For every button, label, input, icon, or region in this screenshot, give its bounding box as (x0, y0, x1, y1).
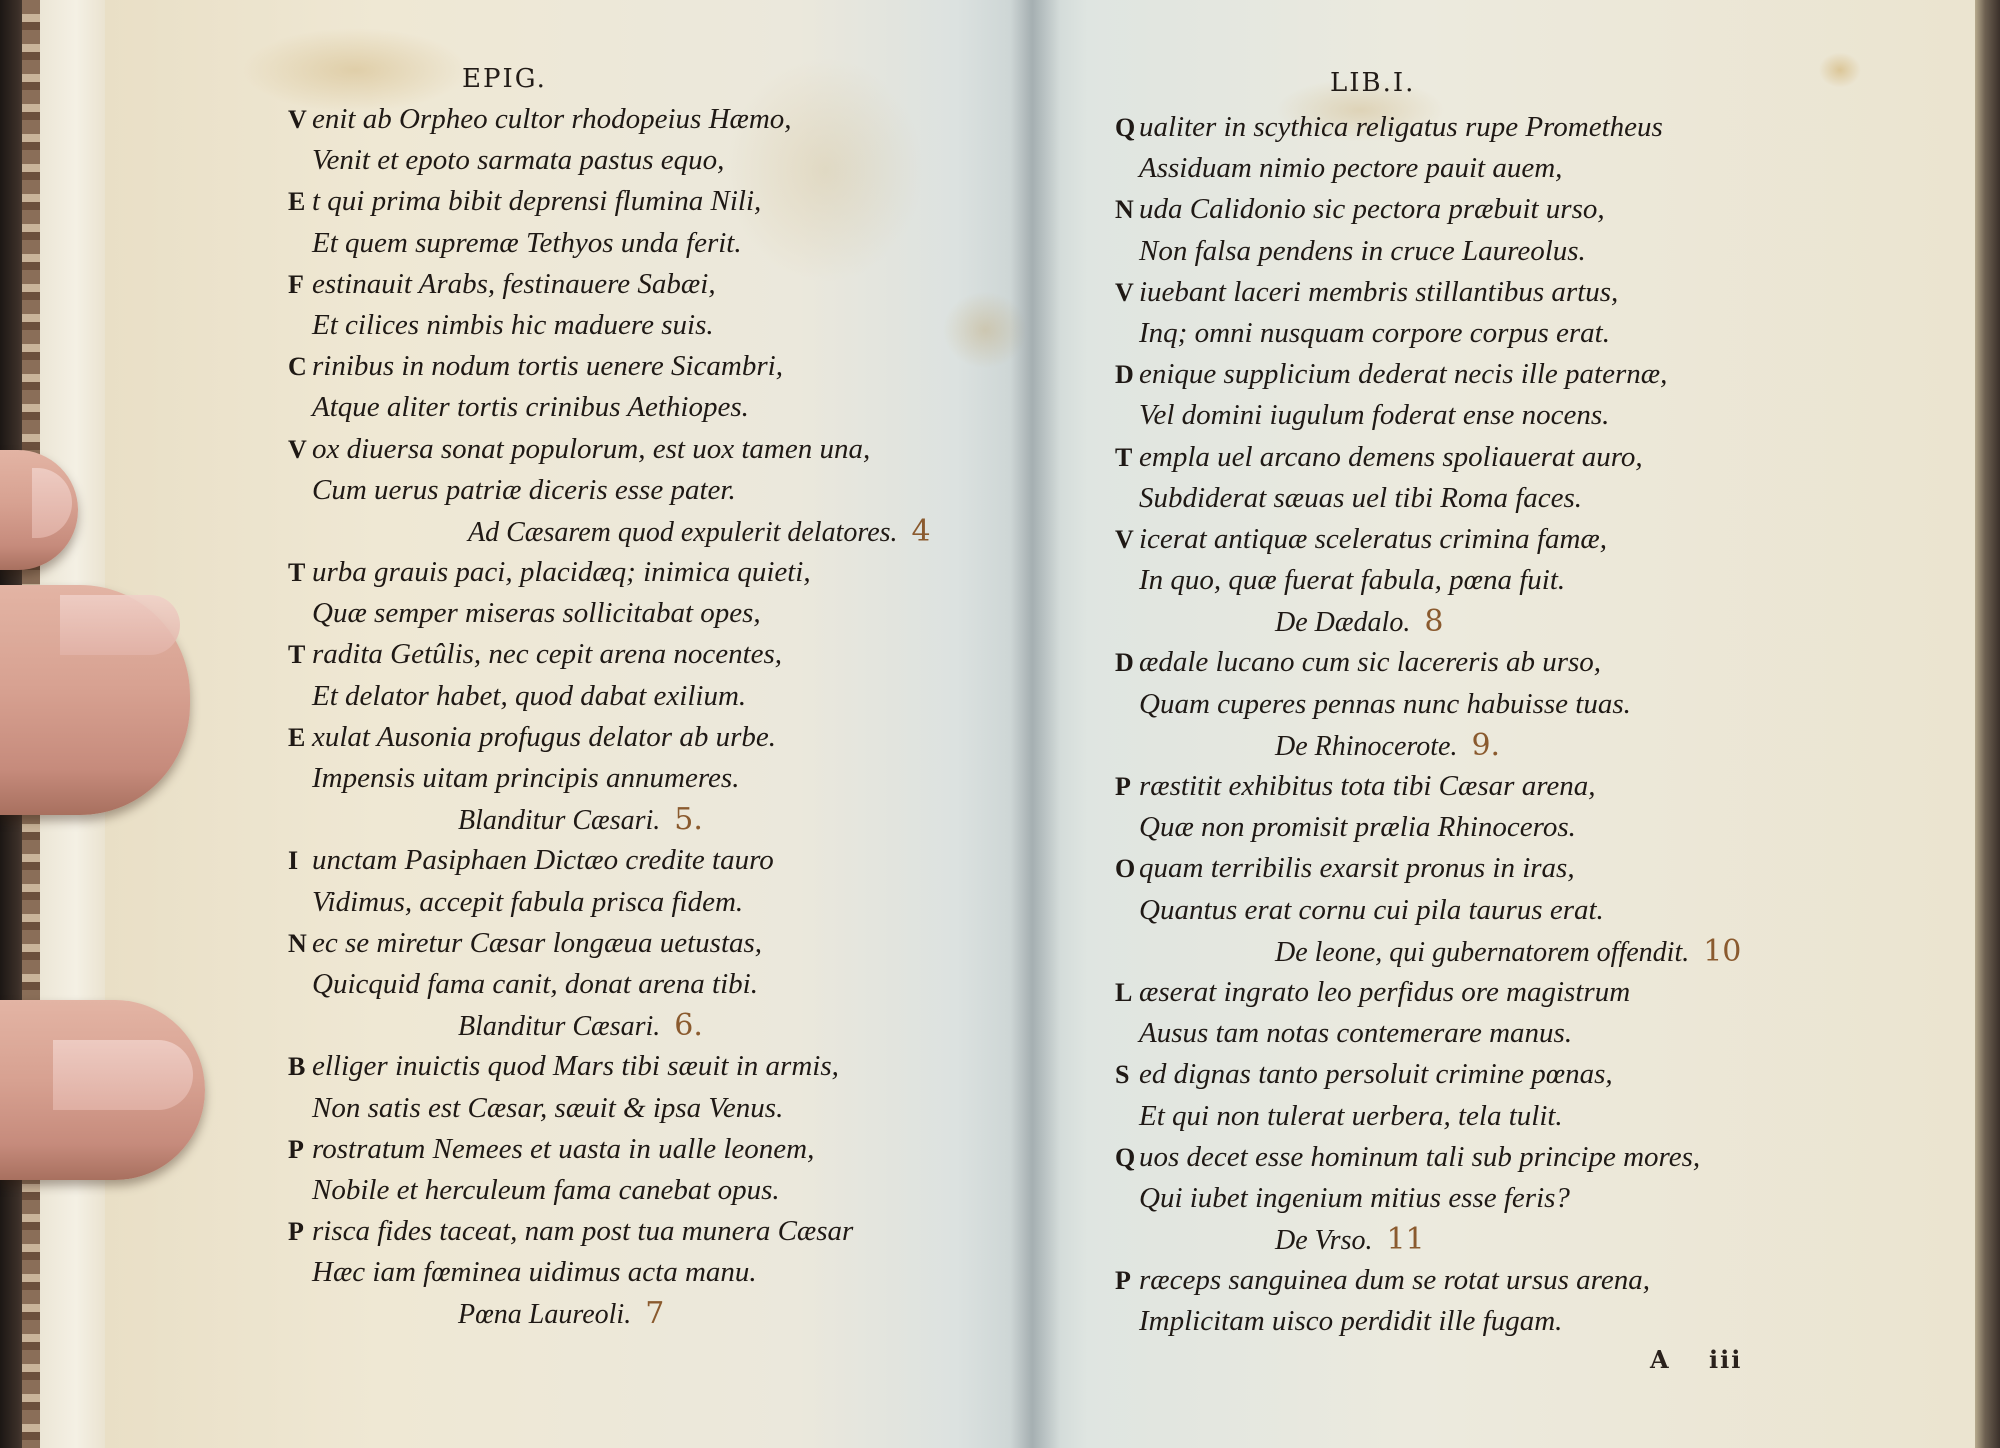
verse-initial: T (288, 552, 312, 593)
verse-line-indented: Atque aliter tortis crinibus Aethiopes. (288, 387, 931, 428)
verse-text: ræstitit exhibitus tota tibi Cæsar arena… (1139, 770, 1596, 802)
verse-line-indented: Implicitam uisco perdidit ille fugam. (1115, 1301, 1741, 1342)
verse-text: Quantus erat cornu cui pila taurus erat. (1139, 894, 1604, 926)
verse-initial: S (1115, 1054, 1139, 1095)
verse-initial: Q (1115, 1137, 1139, 1178)
verse-line: Præceps sanguinea dum se rotat ursus are… (1115, 1260, 1741, 1301)
verse-text: Non satis est Cæsar, sæuit & ipsa Venus. (312, 1092, 783, 1124)
epigram-title: De Vrso.11 (1115, 1219, 1741, 1260)
verse-text: estinauit Arabs, festinauere Sabæi, (312, 268, 716, 300)
verse-initial: O (1115, 848, 1139, 889)
left-page-text: Venit ab Orpheo cultor rhodopeius Hæmo,V… (288, 99, 931, 1335)
manuscript-epigram-number: 6. (674, 1008, 703, 1043)
verse-line: Vicerat antiquæ sceleratus crimina famæ, (1115, 519, 1741, 560)
epigram-title-text: De Vrso. (1275, 1225, 1372, 1256)
manuscript-epigram-number: 10 (1703, 934, 1741, 969)
verse-line-indented: Venit et epoto sarmata pastus equo, (288, 140, 931, 181)
verse-text: Et quem supremæ Tethyos unda ferit. (312, 227, 742, 259)
verse-line-indented: Inq; omni nusquam corpore corpus erat. (1115, 313, 1741, 354)
verse-text: Qui iubet ingenium mitius esse feris? (1139, 1182, 1570, 1214)
verse-text: icerat antiquæ sceleratus crimina famæ, (1139, 523, 1607, 555)
verse-line-indented: Et delator habet, quod dabat exilium. (288, 676, 931, 717)
epigram-title: Pœna Laureoli.7 (288, 1293, 931, 1334)
verse-text: quam terribilis exarsit pronus in iras, (1139, 852, 1575, 884)
verse-text: urba grauis paci, placidæq; inimica quie… (312, 556, 811, 588)
epigram-title-text: De leone, qui gubernatorem offendit. (1275, 937, 1689, 968)
folio-number: iii (1709, 1345, 1742, 1374)
manuscript-epigram-number: 5. (674, 802, 703, 837)
running-head-right: LIB.I. (1330, 68, 1415, 98)
verse-line: Nec se miretur Cæsar longæua uetustas, (288, 923, 931, 964)
epigram-title: De leone, qui gubernatorem offendit.10 (1115, 931, 1741, 972)
verse-text: rostratum Nemees et uasta in ualle leone… (312, 1133, 814, 1165)
verse-line: Et qui prima bibit deprensi flumina Nili… (288, 181, 931, 222)
verse-line: Præstitit exhibitus tota tibi Cæsar aren… (1115, 766, 1741, 807)
verse-text: Cum uerus patriæ diceris esse pater. (312, 474, 736, 506)
verse-initial: P (288, 1211, 312, 1252)
verse-line-indented: Vidimus, accepit fabula prisca fidem. (288, 882, 931, 923)
verse-line-indented: Hæc iam fœminea uidimus acta manu. (288, 1252, 931, 1293)
verse-line-indented: Quam cuperes pennas nunc habuisse tuas. (1115, 684, 1741, 725)
verse-initial: T (288, 634, 312, 675)
verse-line-indented: Non falsa pendens in cruce Laureolus. (1115, 231, 1741, 272)
verse-line: Exulat Ausonia profugus delator ab urbe. (288, 717, 931, 758)
verse-text: risca fides taceat, nam post tua munera … (312, 1215, 853, 1247)
verse-initial: D (1115, 354, 1139, 395)
epigram-title-text: Pœna Laureoli. (458, 1299, 631, 1330)
verse-initial: E (288, 717, 312, 758)
verse-line-indented: Et quem supremæ Tethyos unda ferit. (288, 223, 931, 264)
verse-line: Belliger inuictis quod Mars tibi sæuit i… (288, 1046, 931, 1087)
verse-line: Prisca fides taceat, nam post tua munera… (288, 1211, 931, 1252)
verse-text: Et cilices nimbis hic maduere suis. (312, 309, 714, 341)
verse-line-indented: In quo, quæ fuerat fabula, pœna fuit. (1115, 560, 1741, 601)
verse-text: uos decet esse hominum tali sub principe… (1139, 1141, 1700, 1173)
verse-initial: D (1115, 642, 1139, 683)
verse-text: t qui prima bibit deprensi flumina Nili, (312, 185, 761, 217)
verse-text: Et qui non tulerat uerbera, tela tulit. (1139, 1100, 1563, 1132)
verse-initial: L (1115, 972, 1139, 1013)
verse-line: Crinibus in nodum tortis uenere Sicambri… (288, 346, 931, 387)
verse-text: ec se miretur Cæsar longæua uetustas, (312, 927, 762, 959)
manuscript-epigram-number: 11 (1386, 1222, 1424, 1257)
verse-line-indented: Quæ semper miseras sollicitabat opes, (288, 593, 931, 634)
epigram-title: De Rhinocerote.9. (1115, 725, 1741, 766)
epigram-title-text: Ad Cæsarem quod expulerit delatores. (468, 517, 898, 548)
verse-text: enique supplicium dederat necis ille pat… (1139, 358, 1667, 390)
epigram-title: Ad Cæsarem quod expulerit delatores.4 (288, 511, 931, 552)
verse-text: uda Calidonio sic pectora præbuit urso, (1139, 193, 1605, 225)
signature-letter: A (1650, 1345, 1671, 1374)
epigram-title-text: De Rhinocerote. (1275, 731, 1457, 762)
verse-initial: F (288, 264, 312, 305)
verse-text: Assiduam nimio pectore pauit auem, (1139, 152, 1562, 184)
verse-initial: N (288, 923, 312, 964)
verse-line: Qualiter in scythica religatus rupe Prom… (1115, 107, 1741, 148)
manuscript-epigram-number: 8 (1424, 604, 1443, 639)
verse-line: Tradita Getûlis, nec cepit arena nocente… (288, 634, 931, 675)
verse-line: Templa uel arcano demens spoliauerat aur… (1115, 437, 1741, 478)
verse-line-indented: Ausus tam notas contemerare manus. (1115, 1013, 1741, 1054)
verse-line-indented: Et qui non tulerat uerbera, tela tulit. (1115, 1096, 1741, 1137)
verse-text: æserat ingrato leo perfidus ore magistru… (1139, 976, 1630, 1008)
verse-text: radita Getûlis, nec cepit arena nocentes… (312, 638, 782, 670)
right-page-text: Qualiter in scythica religatus rupe Prom… (1115, 107, 1741, 1343)
verse-text: Subdiderat sæuas uel tibi Roma faces. (1139, 482, 1582, 514)
verse-text: Implicitam uisco perdidit ille fugam. (1139, 1305, 1562, 1337)
verse-line-indented: Quantus erat cornu cui pila taurus erat. (1115, 890, 1741, 931)
verse-line-indented: Qui iubet ingenium mitius esse feris? (1115, 1178, 1741, 1219)
verse-initial: N (1115, 189, 1139, 230)
verse-initial: P (288, 1129, 312, 1170)
epigram-title-text: De Dædalo. (1275, 607, 1410, 638)
verse-text: Quicquid fama canit, donat arena tibi. (312, 968, 758, 1000)
verse-line: Festinauit Arabs, festinauere Sabæi, (288, 264, 931, 305)
verse-initial: Q (1115, 107, 1139, 148)
verse-initial: C (288, 346, 312, 387)
manuscript-epigram-number: 7 (645, 1296, 664, 1331)
verse-text: Quæ semper miseras sollicitabat opes, (312, 597, 761, 629)
verse-text: Quæ non promisit prælia Rhinoceros. (1139, 811, 1576, 843)
verse-initial: V (1115, 272, 1139, 313)
verse-text: Nobile et herculeum fama canebat opus. (312, 1174, 780, 1206)
verse-initial: B (288, 1046, 312, 1087)
verse-text: xulat Ausonia profugus delator ab urbe. (312, 721, 776, 753)
verse-text: unctam Pasiphaen Dictæo credite tauro (312, 844, 774, 876)
verse-initial: V (288, 99, 312, 140)
verse-line: Iunctam Pasiphaen Dictæo credite tauro (288, 840, 931, 881)
verse-line: Nuda Calidonio sic pectora præbuit urso, (1115, 189, 1741, 230)
verse-initial: T (1115, 437, 1139, 478)
right-page-edges (1975, 0, 2000, 1448)
verse-line-indented: Quæ non promisit prælia Rhinoceros. (1115, 807, 1741, 848)
verse-text: Hæc iam fœminea uidimus acta manu. (312, 1256, 757, 1288)
verse-line-indented: Non satis est Cæsar, sæuit & ipsa Venus. (288, 1088, 931, 1129)
verse-line: Oquam terribilis exarsit pronus in iras, (1115, 848, 1741, 889)
verse-text: elliger inuictis quod Mars tibi sæuit in… (312, 1050, 839, 1082)
verse-initial: V (288, 429, 312, 470)
verse-text: enit ab Orpheo cultor rhodopeius Hæmo, (312, 103, 792, 135)
verse-line: Quos decet esse hominum tali sub princip… (1115, 1137, 1741, 1178)
verse-text: Et delator habet, quod dabat exilium. (312, 680, 746, 712)
verse-line: Prostratum Nemees et uasta in ualle leon… (288, 1129, 931, 1170)
epigram-title-text: Blanditur Cæsari. (458, 1011, 660, 1042)
verse-text: rinibus in nodum tortis uenere Sicambri, (312, 350, 783, 382)
verse-line-indented: Impensis uitam principis annumeres. (288, 758, 931, 799)
verse-line: Venit ab Orpheo cultor rhodopeius Hæmo, (288, 99, 931, 140)
verse-text: ox diuersa sonat populorum, est uox tame… (312, 433, 870, 465)
verse-line-indented: Et cilices nimbis hic maduere suis. (288, 305, 931, 346)
epigram-title: Blanditur Cæsari.6. (288, 1005, 931, 1046)
verse-line: Læserat ingrato leo perfidus ore magistr… (1115, 972, 1741, 1013)
verse-text: Quam cuperes pennas nunc habuisse tuas. (1139, 688, 1631, 720)
verse-initial: I (288, 840, 312, 881)
verse-line-indented: Cum uerus patriæ diceris esse pater. (288, 470, 931, 511)
verse-line-indented: Subdiderat sæuas uel tibi Roma faces. (1115, 478, 1741, 519)
epigram-title: De Dædalo.8 (1115, 601, 1741, 642)
epigram-title: Blanditur Cæsari.5. (288, 799, 931, 840)
verse-text: In quo, quæ fuerat fabula, pœna fuit. (1139, 564, 1565, 596)
manuscript-epigram-number: 4 (912, 514, 931, 549)
verse-text: ræceps sanguinea dum se rotat ursus aren… (1139, 1264, 1650, 1296)
verse-text: Venit et epoto sarmata pastus equo, (312, 144, 724, 176)
verse-line: Viuebant laceri membris stillantibus art… (1115, 272, 1741, 313)
verse-line: Denique supplicium dederat necis ille pa… (1115, 354, 1741, 395)
epigram-title-text: Blanditur Cæsari. (458, 805, 660, 836)
verse-line: Sed dignas tanto persoluit crimine pœnas… (1115, 1054, 1741, 1095)
verse-text: Atque aliter tortis crinibus Aethiopes. (312, 391, 749, 423)
verse-text: iuebant laceri membris stillantibus artu… (1139, 276, 1618, 308)
verse-text: Vidimus, accepit fabula prisca fidem. (312, 886, 743, 918)
verse-text: Inq; omni nusquam corpore corpus erat. (1139, 317, 1610, 349)
verse-text: ed dignas tanto persoluit crimine pœnas, (1139, 1058, 1613, 1090)
verse-text: Vel domini iugulum foderat ense nocens. (1139, 399, 1609, 431)
verse-initial: E (288, 181, 312, 222)
verse-text: ædale lucano cum sic lacereris ab urso, (1139, 646, 1601, 678)
verse-line: Vox diuersa sonat populorum, est uox tam… (288, 429, 931, 470)
verse-initial: P (1115, 1260, 1139, 1301)
verse-line-indented: Vel domini iugulum foderat ense nocens. (1115, 395, 1741, 436)
verse-line-indented: Quicquid fama canit, donat arena tibi. (288, 964, 931, 1005)
verse-line-indented: Nobile et herculeum fama canebat opus. (288, 1170, 931, 1211)
verse-text: Impensis uitam principis annumeres. (312, 762, 739, 794)
verse-line: Dædale lucano cum sic lacereris ab urso, (1115, 642, 1741, 683)
book-gutter (1010, 0, 1060, 1448)
verse-line-indented: Assiduam nimio pectore pauit auem, (1115, 148, 1741, 189)
verse-text: Non falsa pendens in cruce Laureolus. (1139, 235, 1586, 267)
verse-text: empla uel arcano demens spoliauerat auro… (1139, 441, 1643, 473)
manuscript-epigram-number: 9. (1471, 728, 1500, 763)
signature-mark: A iii (1650, 1345, 1770, 1374)
verse-text: ualiter in scythica religatus rupe Prome… (1139, 111, 1663, 143)
verse-line: Turba grauis paci, placidæq; inimica qui… (288, 552, 931, 593)
running-head-left: EPIG. (462, 64, 547, 94)
verse-text: Ausus tam notas contemerare manus. (1139, 1017, 1572, 1049)
finger-ring (0, 1000, 205, 1180)
verse-initial: P (1115, 766, 1139, 807)
verse-initial: V (1115, 519, 1139, 560)
